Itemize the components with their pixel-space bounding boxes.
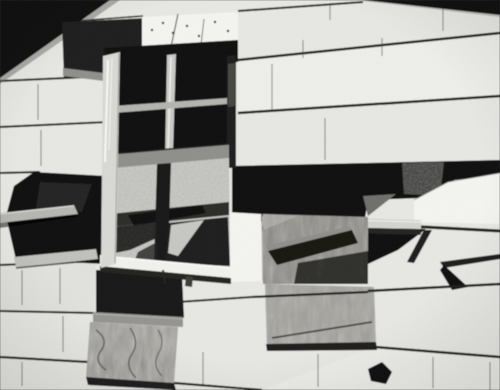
photo <box>0 0 500 390</box>
film-grain-overlay <box>0 0 500 390</box>
photo-canvas <box>0 0 500 390</box>
